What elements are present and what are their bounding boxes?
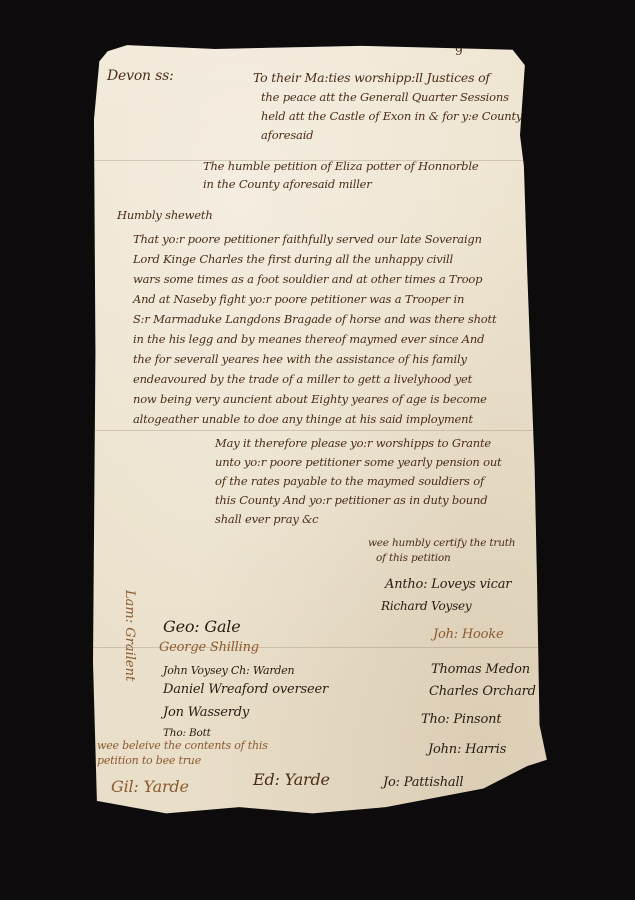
body-line: endeavoured by the trade of a miller to … bbox=[133, 372, 472, 386]
manuscript-page: 9 Devon ss: To their Ma:ties worshipp:ll… bbox=[93, 42, 581, 818]
certification-line: of this petition bbox=[376, 552, 451, 564]
signature: Antho: Loveys vicar bbox=[385, 577, 511, 592]
belief-note-line: petition to bee true bbox=[97, 754, 201, 767]
margin-note-vertical: Lam: Grailent bbox=[122, 590, 137, 681]
body-line: the for severall yeares hee with the ass… bbox=[133, 352, 467, 366]
certification-line: wee humbly certify the truth bbox=[368, 537, 515, 549]
signature: Gil: Yarde bbox=[111, 777, 189, 796]
signature: Daniel Wreaford overseer bbox=[163, 682, 328, 697]
body-line: And at Naseby fight yo:r poore petitione… bbox=[133, 292, 464, 306]
address-line: held att the Castle of Exon in & for y:e… bbox=[261, 109, 522, 123]
prayer-line: of the rates payable to the maymed sould… bbox=[215, 474, 484, 488]
body-line: altogeather unable to doe any thinge at … bbox=[133, 412, 473, 426]
body-line: Lord Kinge Charles the first during all … bbox=[133, 252, 453, 266]
page-mark: 9 bbox=[455, 44, 462, 58]
body-line: wars some times as a foot souldier and a… bbox=[133, 272, 482, 286]
body-line: in the his legg and by meanes thereof ma… bbox=[133, 332, 484, 346]
body-line: That yo:r poore petitioner faithfully se… bbox=[133, 232, 482, 246]
signature: John: Harris bbox=[428, 742, 506, 757]
fold-line bbox=[93, 430, 581, 431]
prayer-line: this County And yo:r petitioner as in du… bbox=[215, 493, 487, 507]
petition-title-line: in the County aforesaid miller bbox=[203, 177, 372, 191]
salutation: Humbly sheweth bbox=[117, 208, 213, 222]
signature: Thomas Medon bbox=[431, 662, 530, 677]
signature: Ed: Yarde bbox=[253, 770, 330, 789]
signature: Jon Wasserdy bbox=[163, 705, 249, 720]
belief-note-line: wee beleive the contents of this bbox=[97, 739, 268, 752]
signature: Tho: Bott bbox=[163, 727, 211, 739]
signature: George Shilling bbox=[159, 640, 259, 655]
signature: Joh: Hooke bbox=[433, 627, 503, 642]
body-line: S:r Marmaduke Langdons Bragade of horse … bbox=[133, 312, 496, 326]
body-line: now being very auncient about Eighty yea… bbox=[133, 392, 487, 406]
signature: Richard Voysey bbox=[381, 599, 472, 613]
signature: Tho: Pinsont bbox=[421, 712, 501, 727]
prayer-line: May it therefore please yo:r worshipps t… bbox=[215, 436, 491, 450]
petition-title-line: The humble petition of Eliza potter of H… bbox=[203, 159, 478, 173]
address-line: the peace att the Generall Quarter Sessi… bbox=[261, 90, 509, 104]
address-line: To their Ma:ties worshipp:ll Justices of bbox=[253, 70, 490, 85]
county-heading: Devon ss: bbox=[107, 68, 174, 84]
signature: Geo: Gale bbox=[163, 617, 240, 636]
signature: John Voysey Ch: Warden bbox=[163, 664, 294, 677]
signature: Charles Orchard bbox=[429, 684, 536, 699]
address-line: aforesaid bbox=[261, 128, 313, 142]
signature: Jo: Pattishall bbox=[383, 775, 463, 790]
prayer-line: shall ever pray &c bbox=[215, 512, 318, 526]
prayer-line: unto yo:r poore petitioner some yearly p… bbox=[215, 455, 501, 469]
